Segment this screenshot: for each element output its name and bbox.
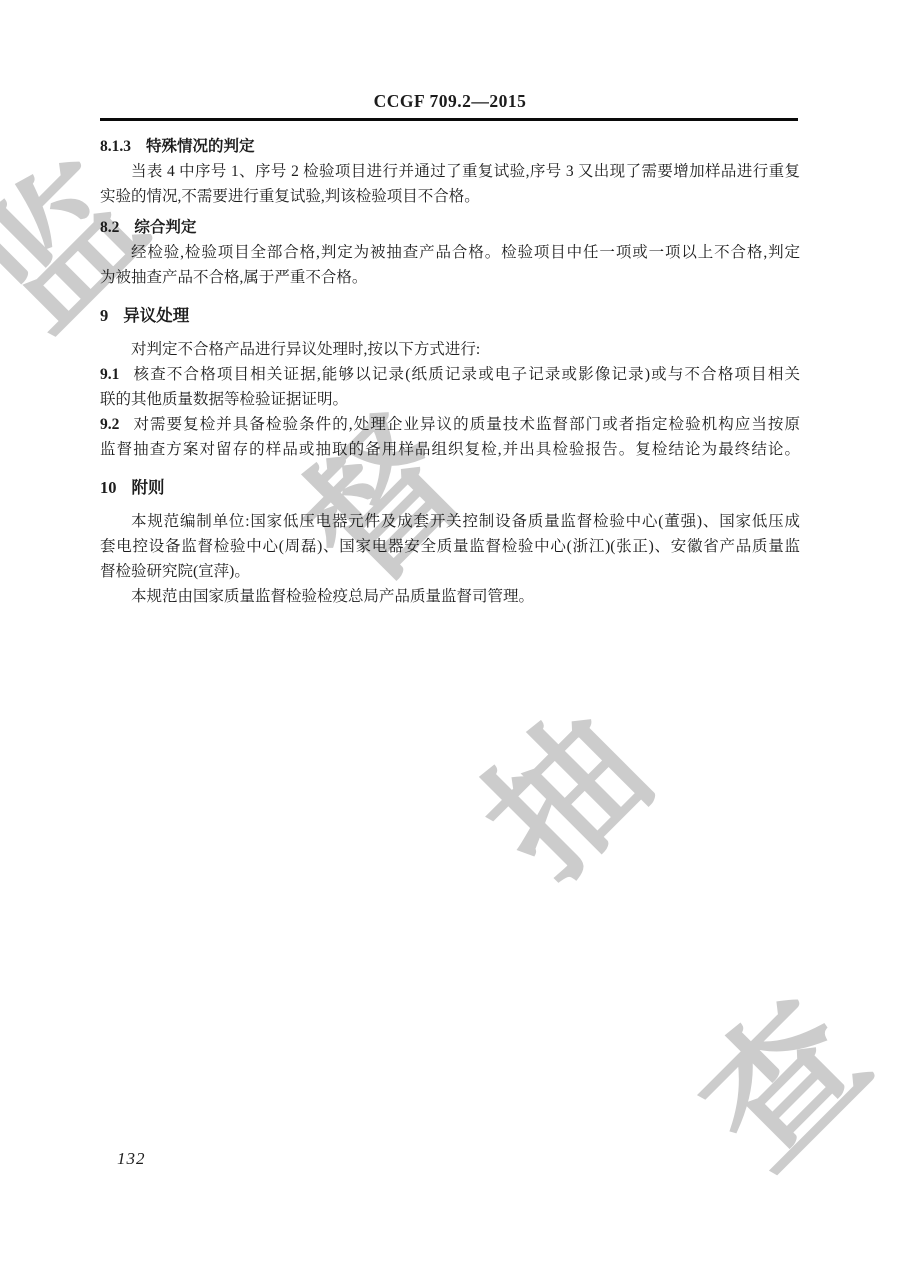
clause-text: 对需要复检并具备检验条件的,处理企业异议的质量技术监督部门或者指定检验机构应当按… <box>132 416 800 433</box>
heading-title: 特殊情况的判定 <box>146 138 255 155</box>
clause-text: 核查不合格项目相关证据,能够以记录(纸质记录或电子记录或影像记录)或与不合格项目… <box>132 366 800 383</box>
heading-number: 9 <box>100 306 108 325</box>
watermark-char-3: 抽 <box>462 692 674 904</box>
paragraph-line: 本规范编制单位:国家低压电器元件及成套开关控制设备质量监督检验中心(董强)、国家… <box>100 509 800 534</box>
paragraph-line: 本规范由国家质量监督检验检疫总局产品质量监督司管理。 <box>100 584 800 609</box>
clause-number: 9.1 <box>100 366 119 383</box>
heading-title: 异议处理 <box>123 306 189 325</box>
heading-title: 综合判定 <box>134 219 196 236</box>
clause-9-2-line: 9.2对需要复检并具备检验条件的,处理企业异议的质量技术监督部门或者指定检验机构… <box>100 412 800 437</box>
page-number: 132 <box>117 1149 146 1169</box>
heading-number: 10 <box>100 478 117 497</box>
paragraph-line: 联的其他质量数据等检验证据证明。 <box>100 387 800 412</box>
paragraph-line: 督检验研究院(宣萍)。 <box>100 559 800 584</box>
document-page: 监 督 抽 查 CCGF 709.2—2015 8.1.3特殊情况的判定 当表 … <box>0 0 900 1273</box>
header-rule <box>100 118 798 121</box>
paragraph-line: 套电控设备监督检验中心(周磊)、国家电器安全质量监督检验中心(浙江)(张正)、安… <box>100 534 800 559</box>
heading-9: 9异议处理 <box>100 302 800 329</box>
paragraph-line: 当表 4 中序号 1、序号 2 检验项目进行并通过了重复试验,序号 3 又出现了… <box>100 159 800 184</box>
heading-8-2: 8.2综合判定 <box>100 215 800 240</box>
watermark-char-4: 查 <box>679 979 891 1191</box>
clause-9-1-line: 9.1核查不合格项目相关证据,能够以记录(纸质记录或电子记录或影像记录)或与不合… <box>100 362 800 387</box>
paragraph-line: 经检验,检验项目全部合格,判定为被抽查产品合格。检验项目中任一项或一项以上不合格… <box>100 240 800 265</box>
heading-8-1-3: 8.1.3特殊情况的判定 <box>100 134 800 159</box>
heading-number: 8.1.3 <box>100 138 131 155</box>
heading-title: 附则 <box>132 478 165 497</box>
paragraph-line: 实验的情况,不需要进行重复试验,判该检验项目不合格。 <box>100 184 800 209</box>
paragraph-line: 为被抽查产品不合格,属于严重不合格。 <box>100 265 800 290</box>
heading-number: 8.2 <box>100 219 119 236</box>
heading-10: 10附则 <box>100 474 800 501</box>
paragraph-line: 监督抽查方案对留存的样品或抽取的备用样品组织复检,并出具检验报告。复检结论为最终… <box>100 437 800 462</box>
paragraph-line: 对判定不合格产品进行异议处理时,按以下方式进行: <box>100 337 800 362</box>
clause-number: 9.2 <box>100 416 119 433</box>
document-code-header: CCGF 709.2—2015 <box>100 91 800 112</box>
document-body: 8.1.3特殊情况的判定 当表 4 中序号 1、序号 2 检验项目进行并通过了重… <box>100 134 800 609</box>
